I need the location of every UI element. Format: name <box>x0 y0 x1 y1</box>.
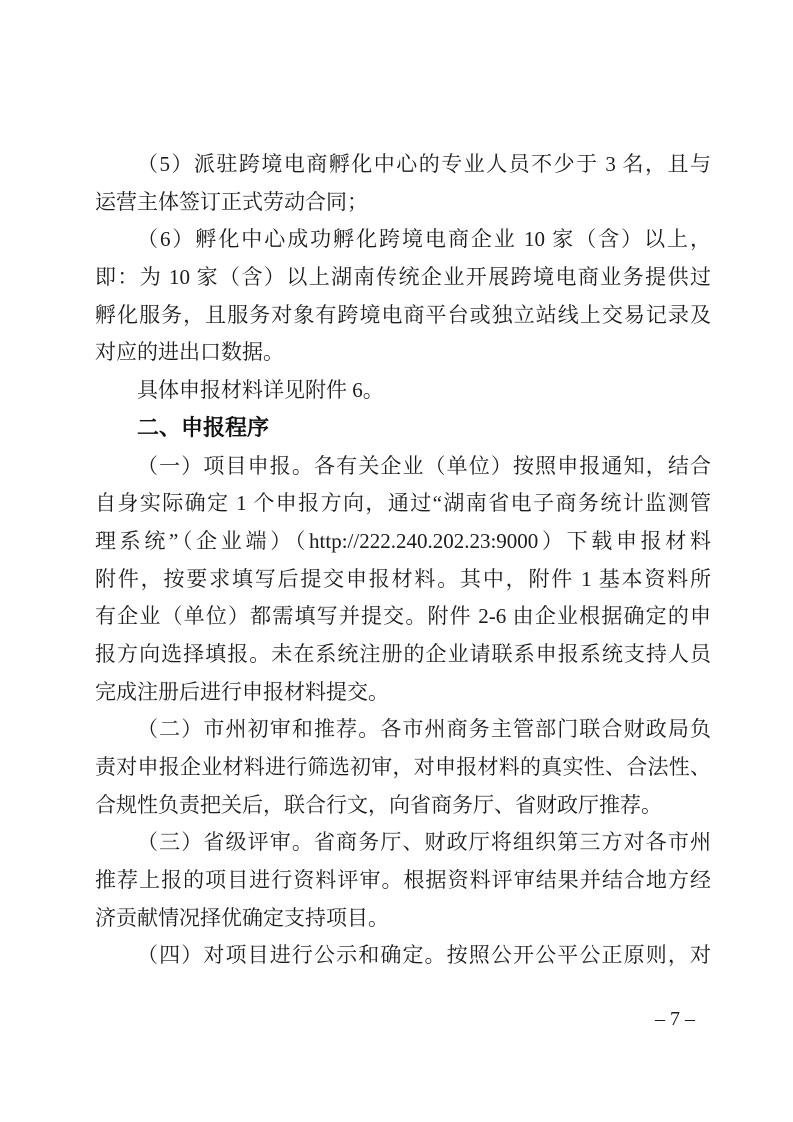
document-body: （5）派驻跨境电商孵化中心的专业人员不少于 3 名，且与 运营主体签订正式劳动合… <box>95 146 711 975</box>
body-line: 推荐上报的项目进行资料评审。根据资料评审结果并结合地方经 <box>95 862 711 900</box>
page-footer: – 7 – <box>655 1004 695 1034</box>
body-line: （5）派驻跨境电商孵化中心的专业人员不少于 3 名，且与 <box>95 146 711 184</box>
body-line: 完成注册后进行申报材料提交。 <box>95 674 711 712</box>
body-line: 孵化服务，且服务对象有跨境电商平台或独立站线上交易记录及 <box>95 297 711 335</box>
document-page: （5）派驻跨境电商孵化中心的专业人员不少于 3 名，且与 运营主体签订正式劳动合… <box>0 0 793 1122</box>
body-line: 附件，按要求填写后提交申报材料。其中，附件 1 基本资料所 <box>95 561 711 599</box>
body-line: （一）项目申报。各有关企业（单位）按照申报通知，结合 <box>95 448 711 486</box>
body-line: （四）对项目进行公示和确定。按照公开公平公正原则，对 <box>95 937 711 975</box>
body-line: 报方向选择填报。未在系统注册的企业请联系申报系统支持人员 <box>95 636 711 674</box>
body-line: 运营主体签订正式劳动合同； <box>95 184 711 222</box>
page-number: – 7 – <box>655 1008 695 1030</box>
body-line: （三）省级评审。省商务厅、财政厅将组织第三方对各市州 <box>95 824 711 862</box>
body-line: 具体申报材料详见附件 6。 <box>95 372 711 410</box>
body-line: （二）市州初审和推荐。各市州商务主管部门联合财政局负 <box>95 711 711 749</box>
body-line: 对应的进出口数据。 <box>95 334 711 372</box>
body-line: 有企业（单位）都需填写并提交。附件 2-6 由企业根据确定的申 <box>95 598 711 636</box>
body-line: 即：为 10 家（含）以上湖南传统企业开展跨境电商业务提供过 <box>95 259 711 297</box>
section-heading: 二、申报程序 <box>95 410 711 448</box>
body-line: 理系统”（企业端）（http://222.240.202.23:9000）下载申… <box>95 523 711 561</box>
body-line: 责对申报企业材料进行筛选初审，对申报材料的真实性、合法性、 <box>95 749 711 787</box>
body-line: 合规性负责把关后，联合行文，向省商务厅、省财政厅推荐。 <box>95 787 711 825</box>
body-line: （6）孵化中心成功孵化跨境电商企业 10 家（含）以上， <box>95 221 711 259</box>
body-line: 自身实际确定 1 个申报方向，通过“湖南省电子商务统计监测管 <box>95 485 711 523</box>
body-line: 济贡献情况择优确定支持项目。 <box>95 900 711 938</box>
